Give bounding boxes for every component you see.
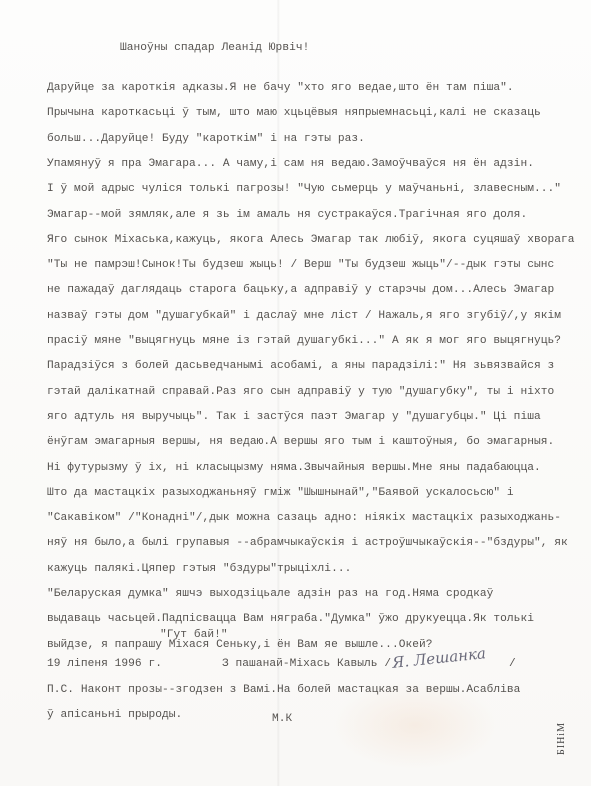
letter-line: няў ня было,а былі групавыя --абрамчыкаў… [47,536,568,550]
letter-line: выдаваць часьцей.Падпісвацца Вам няграба… [47,612,534,626]
letter-greeting: Шаноўны спадар Леанід Юрвіч! [120,41,309,55]
letter-line: "Беларуская думка" яшчэ выходзіцьале адз… [47,587,493,601]
letter-line: Даруйце за кароткія адказы.Я не бачу "хт… [47,81,514,95]
letter-date: 19 ліпеня 1996 г. [47,657,162,671]
letter-line: Прычына кароткасьці ў тым, што маю хцьцё… [47,106,541,120]
letter-line: Эмагар--мой зямляк,але я зь ім амаль ня … [47,208,527,222]
archive-stamp: БІНіМ [556,722,567,755]
letter-line: ёнўгам эмагарныя вершы, ня ведаю.А вершы… [47,435,554,449]
letter-line: назваў гэты дом "душагубкай" і даслаў мн… [47,309,561,323]
closing-quote: "Гут бай!" [160,628,228,642]
letter-line: прасіў мяне "выцягнуць мяне із гэтай душ… [47,334,561,348]
postscript-line: ў апісаньні прыроды. [47,708,182,722]
letter-line: Парадзіўся з болей дасьведчанымі асобамі… [47,359,554,373]
letter-line: Упамянуў я пра Эмагара... А чаму,і сам н… [47,157,534,171]
letter-line: яго адтуль ня выручыць". Так і застўся п… [47,410,541,424]
initials: М.К [272,712,292,726]
letter-line: І ў мой адрыс чуліся толькі пагрозы! "Чу… [47,182,561,196]
letter-line: Ні футурызму ў іх, ні класыцызму няма.Зв… [47,461,541,475]
letter-line: "Ты не памрэш!Сынок!Ты будзеш жыць! / Ве… [47,258,554,272]
letter-regards: З пашанай-Міхась Кавыль / [222,657,391,671]
letter-line: выйдзе, я папрашу Міхася Сеньку,і ён Вам… [47,638,433,652]
letter-line: кажуць палякі.Цяпер гэтыя "бздуры"трыціх… [47,562,351,576]
letter-line: "Сакавіком" /"Конадні"/,дык можна сазаць… [47,511,561,525]
letter-line: Яго сынок Міхаська,кажуць, якога Алесь Э… [47,233,575,247]
postscript-line: П.С. Наконт прозы--згодзен з Вамі.На бол… [47,683,520,697]
letter-page: Шаноўны спадар Леанід Юрвіч! Даруйце за … [0,0,591,786]
regards-end-slash: / [509,657,516,671]
letter-line: больш...Даруйце! Буду "кароткім" і на гэ… [47,132,365,146]
letter-line: Што да мастацкіх разыходжаньняў гміж "Шы… [47,486,514,500]
letter-line: гэтай далікатнай справай.Раз яго сын адп… [47,385,554,399]
letter-line: не пажадаў даглядаць старога бацьку,а ад… [47,283,554,297]
